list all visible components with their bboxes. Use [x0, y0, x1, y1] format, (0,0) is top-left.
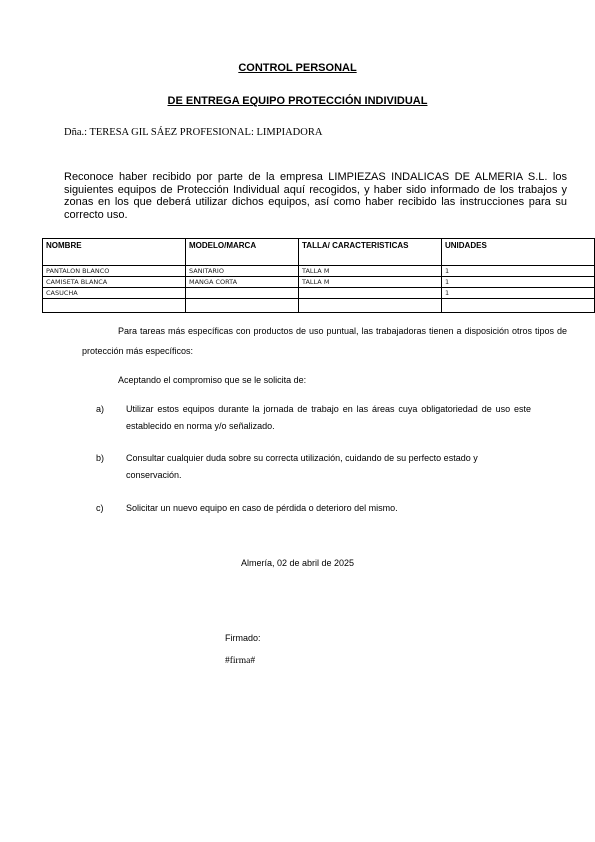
cell-unidades: 1: [442, 288, 595, 299]
table-header-row: NOMBRE MODELO/MARCA TALLA/ CARACTERISTIC…: [43, 239, 595, 266]
table-row: CAMISETA BLANCA MANGA CORTA TALLA M 1: [43, 277, 595, 288]
header-unidades: UNIDADES: [442, 239, 595, 266]
table-row: [43, 299, 595, 313]
item-text: Utilizar estos equipos durante la jornad…: [126, 401, 531, 435]
cell-talla: [299, 299, 442, 313]
signed-label: Firmado:: [225, 632, 261, 644]
place-date: Almería, 02 de abril de 2025: [0, 557, 595, 569]
document-title: CONTROL PERSONAL: [0, 62, 595, 74]
item-marker: c): [96, 500, 104, 517]
item-marker: a): [96, 401, 104, 418]
cell-modelo: [186, 288, 299, 299]
header-nombre: NOMBRE: [43, 239, 186, 266]
cell-modelo: [186, 299, 299, 313]
cell-unidades: 1: [442, 266, 595, 277]
header-talla: TALLA/ CARACTERISTICAS: [299, 239, 442, 266]
signature-placeholder: #firma#: [225, 656, 255, 666]
cell-talla: TALLA M: [299, 277, 442, 288]
accept-line: Aceptando el compromiso que se le solici…: [118, 374, 306, 386]
cell-nombre: [43, 299, 186, 313]
item-marker: b): [96, 450, 104, 467]
cell-nombre: CAMISETA BLANCA: [43, 277, 186, 288]
cell-unidades: 1: [442, 277, 595, 288]
cell-talla: [299, 288, 442, 299]
table-row: CASUCHA 1: [43, 288, 595, 299]
item-text: Solicitar un nuevo equipo en caso de pér…: [126, 500, 531, 517]
document-subtitle: DE ENTREGA EQUIPO PROTECCIÓN INDIVIDUAL: [0, 95, 595, 107]
cell-modelo: MANGA CORTA: [186, 277, 299, 288]
recipient-line: Dña.: TERESA GIL SÁEZ PROFESIONAL: LIMPI…: [64, 127, 322, 138]
cell-unidades: [442, 299, 595, 313]
intro-paragraph: Reconoce haber recibido por parte de la …: [64, 171, 567, 221]
specific-note: Para tareas más específicas con producto…: [82, 321, 567, 361]
cell-nombre: CASUCHA: [43, 288, 186, 299]
table-row: PANTALON BLANCO SANITARIO TALLA M 1: [43, 266, 595, 277]
item-text: Consultar cualquier duda sobre su correc…: [126, 450, 531, 484]
equipment-table: NOMBRE MODELO/MARCA TALLA/ CARACTERISTIC…: [42, 238, 595, 313]
cell-modelo: SANITARIO: [186, 266, 299, 277]
cell-nombre: PANTALON BLANCO: [43, 266, 186, 277]
header-modelo: MODELO/MARCA: [186, 239, 299, 266]
cell-talla: TALLA M: [299, 266, 442, 277]
